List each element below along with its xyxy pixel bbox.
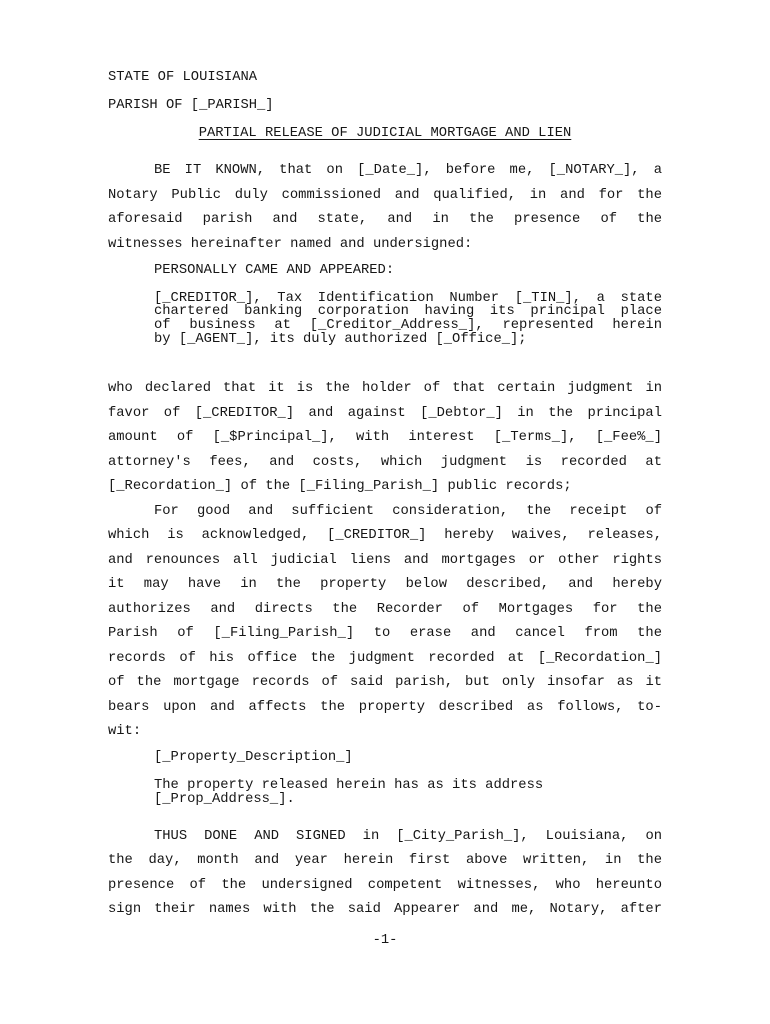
- text-line: presence of the undersigned competent wi…: [108, 874, 662, 899]
- document-body: STATE OF LOUISIANA PARISH OF [_PARISH_] …: [108, 0, 662, 953]
- text-line: Parish of [_Filing_Parish_] to erase and…: [108, 622, 662, 647]
- opening-paragraph: BE IT KNOWN, that on [_Date_], before me…: [108, 159, 662, 257]
- release-paragraph: For good and sufficient consideration, t…: [108, 500, 662, 745]
- text-line: Notary Public duly commissioned and qual…: [108, 184, 662, 209]
- text-line: amount of [_$Principal_], with interest …: [108, 426, 662, 451]
- text-line: who declared that it is the holder of th…: [108, 377, 662, 402]
- text-line: records of his office the judgment recor…: [108, 647, 662, 672]
- text-line: For good and sufficient consideration, t…: [108, 500, 662, 525]
- text-line: witnesses hereinafter named and undersig…: [108, 233, 662, 258]
- property-description-placeholder: [_Property_Description_]: [108, 746, 662, 771]
- text-line: BE IT KNOWN, that on [_Date_], before me…: [108, 159, 662, 184]
- text-line: it may have in the property below descri…: [108, 573, 662, 598]
- document-page: STATE OF LOUISIANA PARISH OF [_PARISH_] …: [0, 0, 770, 1024]
- appearance-heading: PERSONALLY CAME AND APPEARED:: [108, 259, 662, 284]
- text-line: which is acknowledged, [_CREDITOR_] here…: [108, 524, 662, 549]
- text-line: [_Prop_Address_].: [154, 793, 662, 807]
- declaration-paragraph: who declared that it is the holder of th…: [108, 377, 662, 500]
- property-address-block: The property released herein has as its …: [154, 779, 662, 806]
- creditor-block: [_CREDITOR_], Tax Identification Number …: [154, 292, 662, 347]
- text-line: sign their names with the said Appearer …: [108, 898, 662, 923]
- document-title: PARTIAL RELEASE OF JUDICIAL MORTGAGE AND…: [108, 120, 662, 147]
- text-line: [_Recordation_] of the [_Filing_Parish_]…: [108, 475, 662, 500]
- text-line: wit:: [108, 720, 662, 745]
- text-line: of business at [_Creditor_Address_], rep…: [154, 319, 662, 333]
- text-line: of the mortgage records of said parish, …: [108, 671, 662, 696]
- closing-paragraph: THUS DONE AND SIGNED in [_City_Parish_],…: [108, 825, 662, 923]
- text-line: authorizes and directs the Recorder of M…: [108, 598, 662, 623]
- header-parish-line: PARISH OF [_PARISH_]: [108, 92, 662, 120]
- text-line: favor of [_CREDITOR_] and against [_Debt…: [108, 402, 662, 427]
- page-number: -1-: [108, 929, 662, 954]
- text-line: attorney's fees, and costs, which judgme…: [108, 451, 662, 476]
- text-line: bears upon and affects the property desc…: [108, 696, 662, 721]
- text-line: The property released herein has as its …: [154, 779, 662, 793]
- text-line: the day, month and year herein first abo…: [108, 849, 662, 874]
- header-state-line: STATE OF LOUISIANA: [108, 64, 662, 92]
- document-title-text: PARTIAL RELEASE OF JUDICIAL MORTGAGE AND…: [199, 126, 572, 141]
- text-line: THUS DONE AND SIGNED in [_City_Parish_],…: [108, 825, 662, 850]
- text-line: chartered banking corporation having its…: [154, 305, 662, 319]
- text-line: and renounces all judicial liens and mor…: [108, 549, 662, 574]
- text-line: aforesaid parish and state, and in the p…: [108, 208, 662, 233]
- text-line: by [_AGENT_], its duly authorized [_Offi…: [154, 333, 662, 347]
